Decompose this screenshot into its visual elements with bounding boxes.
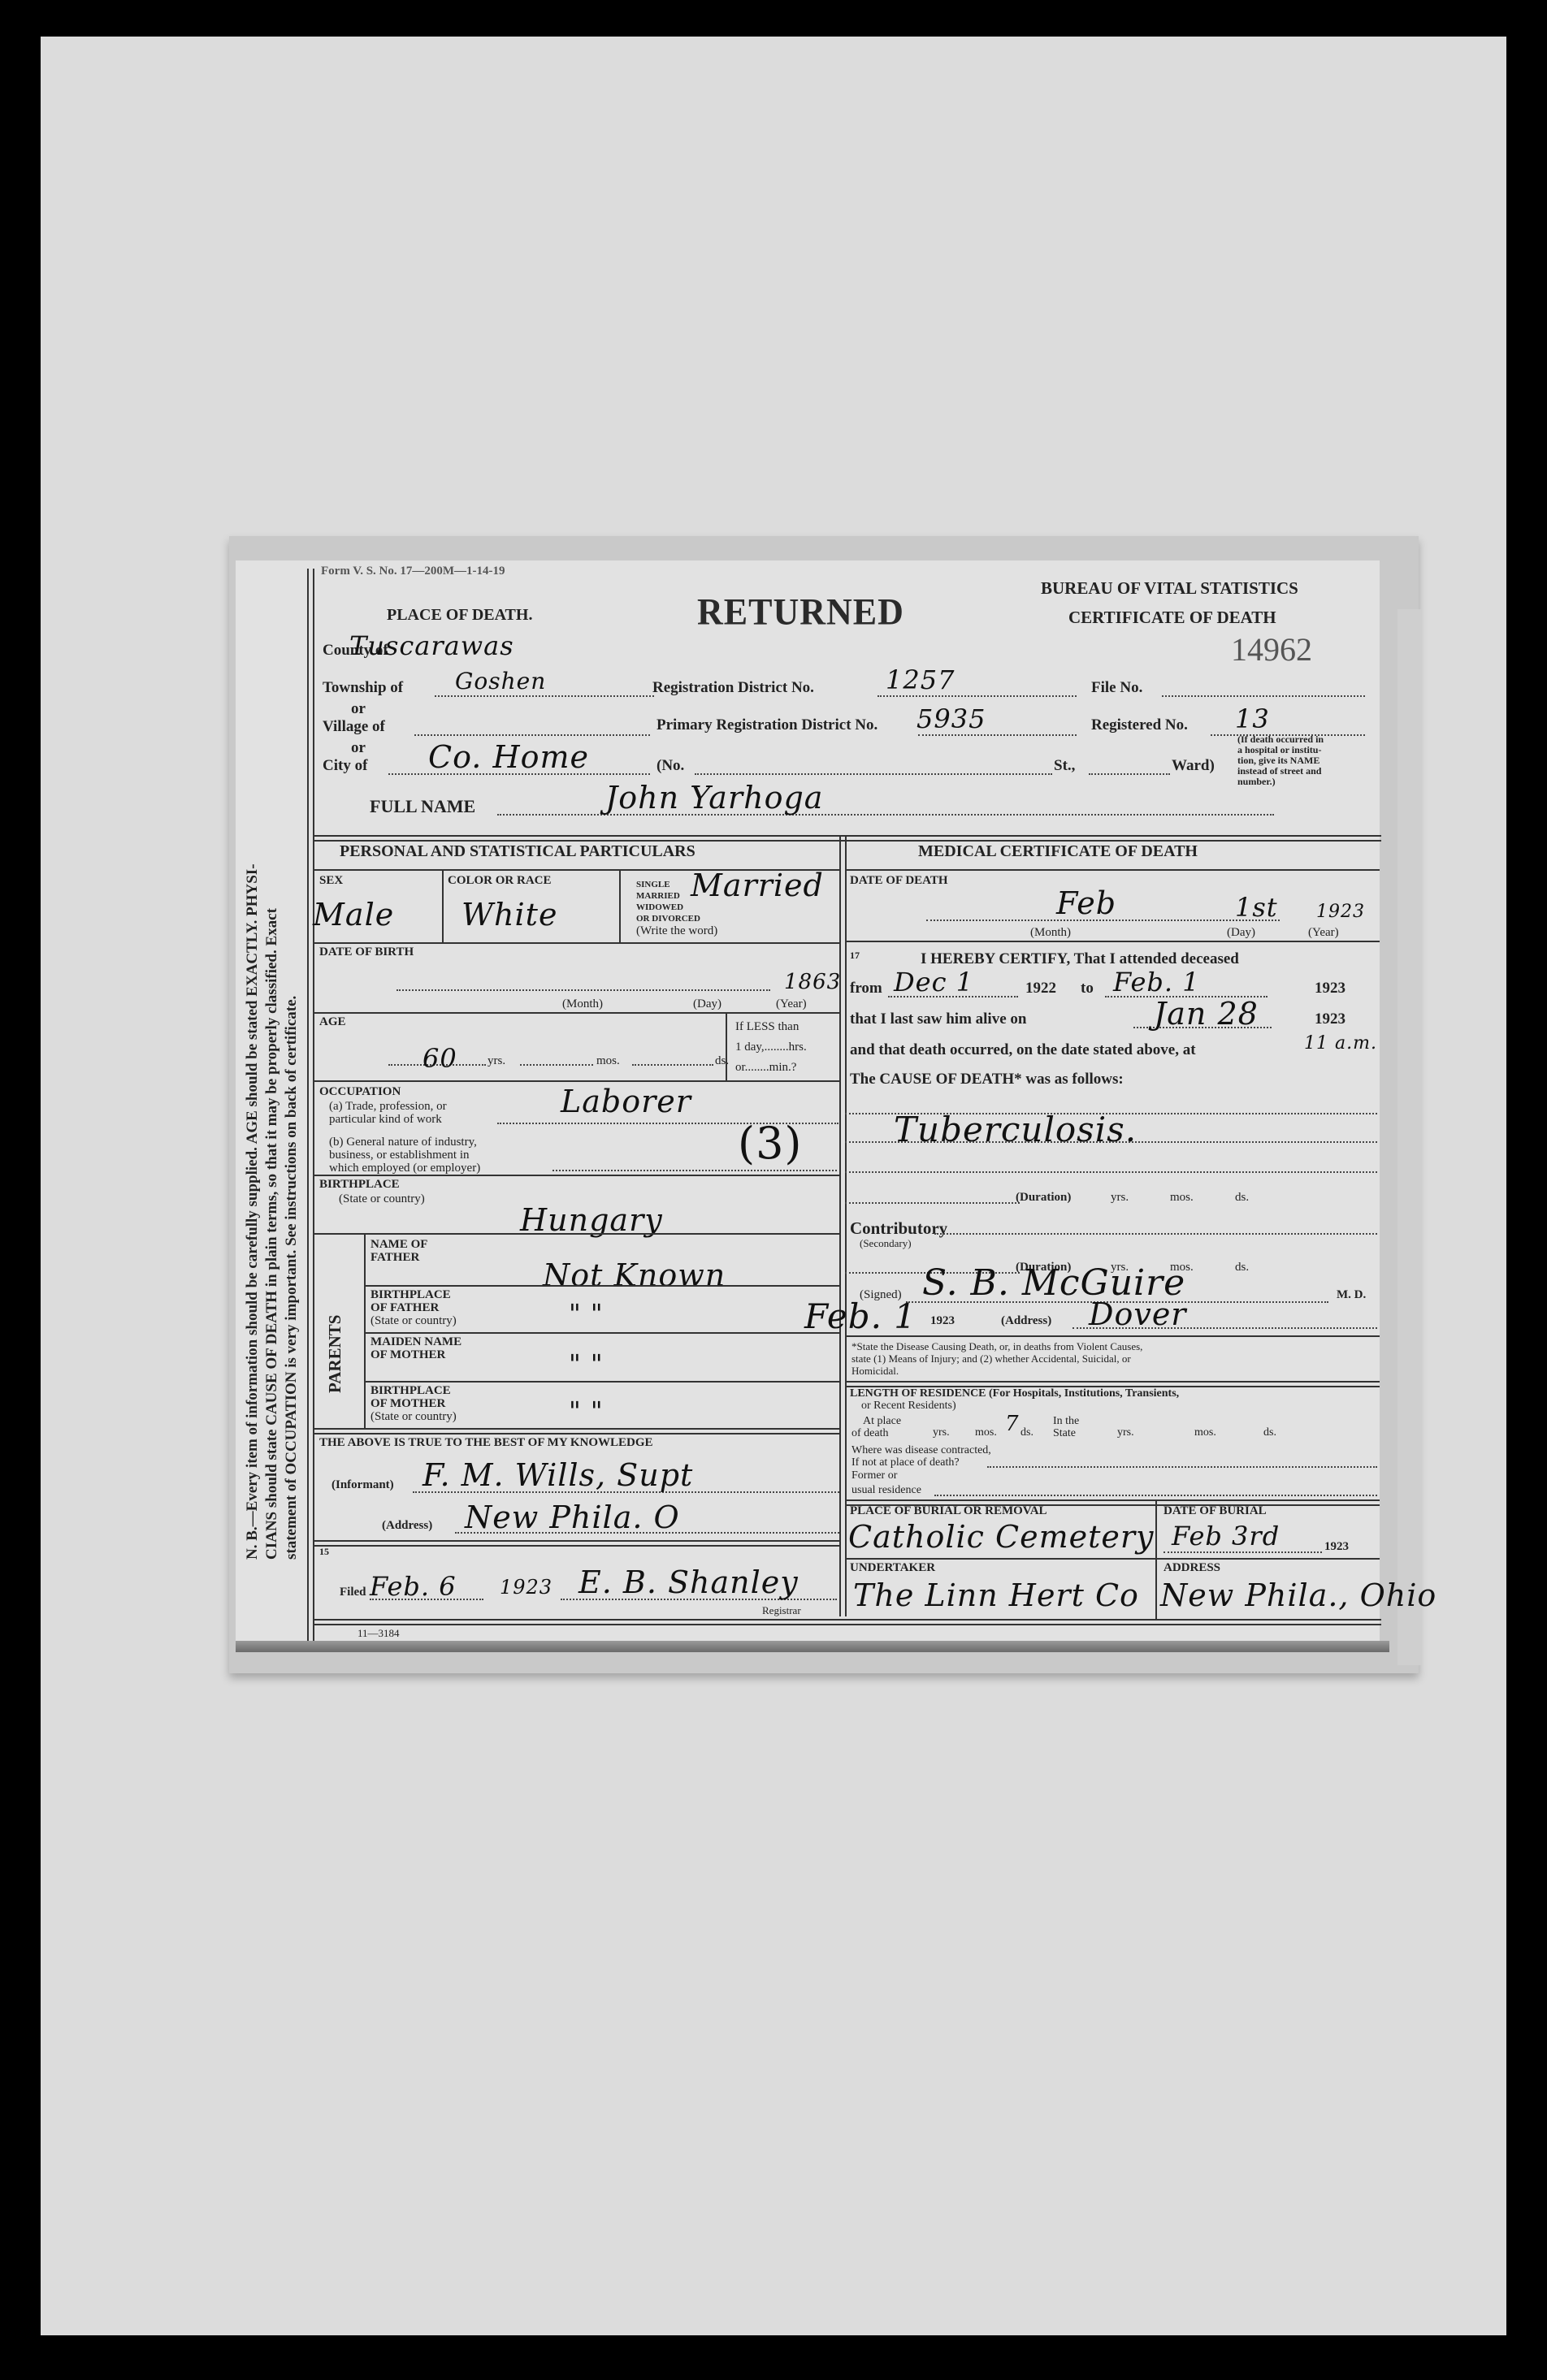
- burial-place-label: PLACE OF BURIAL OR REMOVAL: [850, 1504, 1047, 1518]
- left-margin-rule: [307, 569, 314, 1641]
- marital-hint: (Write the word): [636, 924, 717, 938]
- registered-no-value: 13: [1235, 703, 1270, 734]
- primary-district-value: 5935: [916, 703, 986, 734]
- occupation-a-label: (a) Trade, profession, or particular kin…: [329, 1100, 447, 1126]
- margin-note-line2: CIANS should state CAUSE OF DEATH in pla…: [263, 908, 281, 1560]
- cause-of-death: Tuberculosis.: [894, 1110, 1137, 1149]
- header-bottom-rule: [313, 835, 1381, 842]
- sex-value: Male: [313, 897, 394, 933]
- signed-year: 1923: [930, 1314, 955, 1328]
- occupation-label: OCCUPATION: [319, 1085, 401, 1099]
- contributory-label: Contributory: [850, 1218, 947, 1239]
- attended-from: Dec 1: [894, 967, 973, 997]
- primary-district-label: Primary Registration District No.: [656, 716, 877, 734]
- margin-note-line3: statement of OCCUPATION is very importan…: [283, 996, 301, 1560]
- cause-footnote: *State the Disease Causing Death, or, in…: [851, 1340, 1142, 1377]
- occupation-code-mark: (3): [738, 1118, 803, 1169]
- certify-text: I HEREBY CERTIFY, That I attended deceas…: [921, 950, 1239, 968]
- age-label: AGE: [319, 1015, 346, 1029]
- informant-label: (Informant): [331, 1478, 394, 1492]
- personal-heading: PERSONAL AND STATISTICAL PARTICULARS: [340, 842, 695, 861]
- dod-label: DATE OF DEATH: [850, 874, 948, 888]
- sex-label: SEX: [319, 874, 343, 888]
- burial-date-value: Feb 3rd: [1172, 1521, 1280, 1551]
- undertaker-value: The Linn Hert Co: [853, 1577, 1139, 1613]
- less-than-day: If LESS than 1 day,........hrs. or......…: [735, 1017, 807, 1078]
- registration-district-label: Registration District No.: [652, 679, 814, 697]
- returned-stamp: RETURNED: [697, 591, 904, 634]
- undertaker-address-label: ADDRESS: [1163, 1561, 1220, 1575]
- mother-name-value: " ": [569, 1348, 604, 1379]
- age-years: 60: [422, 1043, 457, 1074]
- mother-birthplace-value: " ": [569, 1396, 604, 1426]
- registrar-signature: E. B. Shanley: [578, 1564, 799, 1600]
- full-name-value: John Yarhoga: [605, 780, 823, 816]
- at-place-label: At place of death: [851, 1415, 901, 1439]
- card-bottom-edge: [236, 1641, 1389, 1652]
- medical-heading: MEDICAL CERTIFICATE OF DEATH: [918, 842, 1198, 861]
- city-label: City of: [323, 757, 367, 775]
- marital-value: Married: [691, 868, 824, 903]
- dob-label: DATE OF BIRTH: [319, 946, 414, 959]
- mother-birthplace-label: BIRTHPLACE OF MOTHER (State or country): [370, 1384, 457, 1423]
- city-value: Co. Home: [428, 739, 589, 775]
- form-number: Form V. S. No. 17—200M—1-14-19: [321, 565, 505, 578]
- certificate-number: 14962: [1231, 630, 1312, 669]
- bureau-title: BUREAU OF VITAL STATISTICS: [1041, 578, 1298, 599]
- signed-date: Feb. 1: [804, 1296, 916, 1336]
- race-value: White: [461, 897, 557, 933]
- margin-note-line1: N. B.—Every item of information should b…: [244, 863, 262, 1560]
- attended-to: Feb. 1: [1113, 967, 1200, 997]
- at-place-days: 7: [1005, 1412, 1020, 1436]
- informant-value: F. M. Wills, Supt: [422, 1457, 693, 1493]
- filed-year: 1923: [500, 1576, 552, 1599]
- certificate-title: CERTIFICATE OF DEATH: [1068, 608, 1276, 628]
- parents-label: PARENTS: [325, 1315, 345, 1393]
- residence-heading: LENGTH OF RESIDENCE (For Hospitals, Inst…: [850, 1387, 1179, 1412]
- registered-no-label: Registered No.: [1091, 716, 1188, 734]
- informant-address-label: (Address): [382, 1519, 432, 1533]
- last-saw-date: Jan 28: [1154, 996, 1259, 1032]
- mother-name-label: MAIDEN NAME OF MOTHER: [370, 1335, 461, 1361]
- township-value: Goshen: [455, 668, 546, 695]
- file-no-label: File No.: [1091, 679, 1142, 697]
- place-of-death-heading: PLACE OF DEATH.: [387, 606, 532, 625]
- father-birthplace-label: BIRTHPLACE OF FATHER (State or country): [370, 1288, 457, 1327]
- cause-heading: The CAUSE OF DEATH* was as follows:: [850, 1071, 1124, 1088]
- registration-district-value: 1257: [886, 664, 955, 695]
- township-label: Township of: [323, 679, 403, 697]
- attended-to-year: 1923: [1315, 980, 1345, 997]
- ward-label: Ward): [1172, 757, 1215, 775]
- undertaker-address-value: New Phila., Ohio: [1160, 1577, 1436, 1613]
- informant-heading: THE ABOVE IS TRUE TO THE BEST OF MY KNOW…: [319, 1436, 653, 1450]
- informant-address-value: New Phila. O: [465, 1499, 680, 1535]
- burial-place-value: Catholic Cemetery: [848, 1519, 1155, 1555]
- dob-year: 1863: [784, 970, 841, 994]
- attended-from-year: 1922: [1025, 980, 1056, 997]
- father-birthplace-value: " ": [569, 1298, 604, 1329]
- undertaker-label: UNDERTAKER: [850, 1561, 935, 1575]
- race-label: COLOR OR RACE: [448, 874, 552, 888]
- county-value: Tuscarawas: [349, 630, 514, 661]
- occupation-value: Laborer: [561, 1084, 691, 1119]
- occupation-b-label: (b) General nature of industry, business…: [329, 1136, 480, 1175]
- dod-month: Feb: [1056, 885, 1116, 921]
- last-saw-year: 1923: [1315, 1010, 1345, 1028]
- village-label: Village of: [323, 718, 385, 736]
- street-label: St.,: [1054, 757, 1075, 775]
- former-residence-label: Former or usual residence: [851, 1469, 921, 1498]
- form-bottom-rule: [313, 1619, 1381, 1625]
- filed-date: Feb. 6: [370, 1571, 457, 1602]
- full-name-label: FULL NAME: [370, 796, 475, 817]
- burial-year: 1923: [1324, 1540, 1349, 1554]
- father-name-label: NAME OF FATHER: [370, 1238, 427, 1264]
- hospital-note: (If death occurred in a hospital or inst…: [1237, 734, 1324, 787]
- filed-label: Filed: [340, 1586, 366, 1599]
- burial-date-label: DATE OF BURIAL: [1163, 1504, 1267, 1518]
- physician-address: Dover: [1089, 1296, 1186, 1332]
- birthplace-label: BIRTHPLACE: [319, 1178, 400, 1192]
- father-name-value: Not Known: [543, 1257, 726, 1293]
- contracted-label: Where was disease contracted, If not at …: [851, 1444, 991, 1469]
- dod-year: 1923: [1316, 902, 1365, 922]
- dod-day: 1st: [1235, 892, 1278, 923]
- form-code: 11—3184: [357, 1628, 400, 1638]
- card-stack-edge: [1397, 609, 1422, 1665]
- street-no-label: (No.: [656, 757, 684, 775]
- in-state-label: In the State: [1053, 1415, 1079, 1439]
- death-time: 11 a.m.: [1304, 1033, 1377, 1054]
